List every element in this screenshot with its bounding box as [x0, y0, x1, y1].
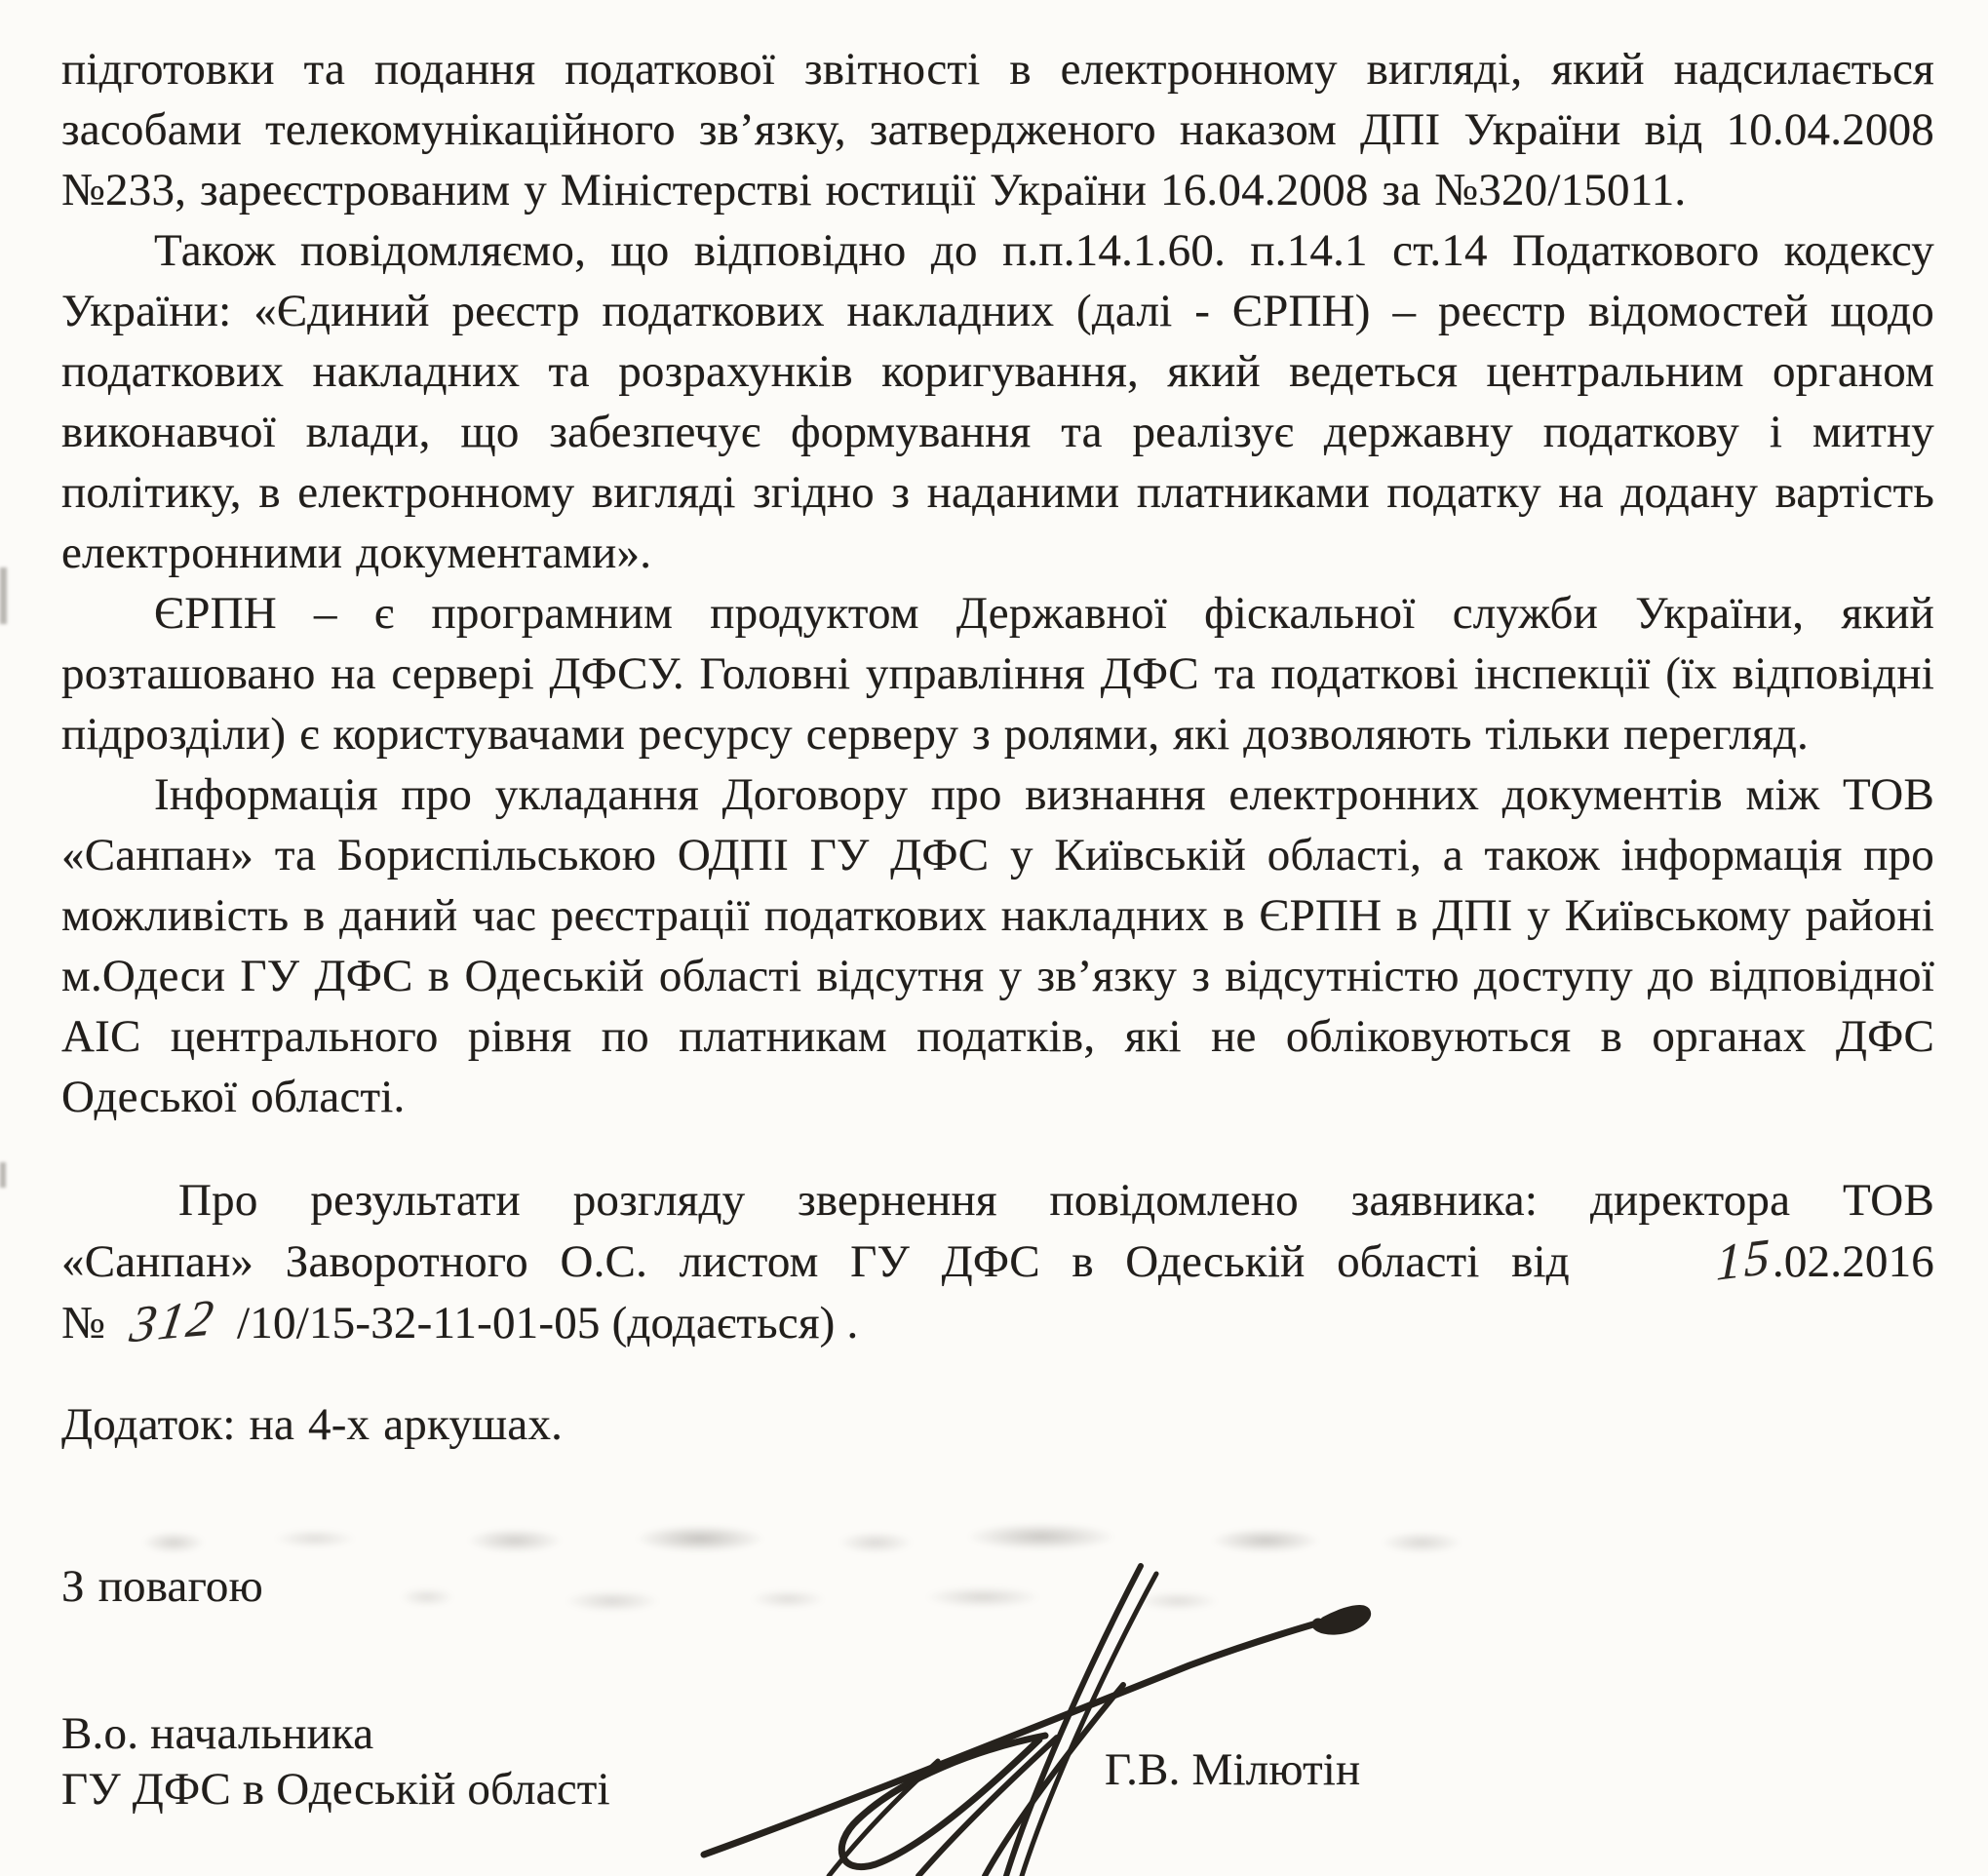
- paragraph-agreement-info: Інформація про укладання Договору про ви…: [61, 764, 1934, 1127]
- scan-edge-artifact: [0, 1162, 6, 1188]
- result-notification-block: Про результати розгляду звернення повідо…: [61, 1170, 1934, 1353]
- scanned-letter-page: підготовки та подання податкової звітнос…: [0, 0, 1988, 1876]
- paragraph-erpn-product: ЄРПН – є програмним продуктом Державної …: [61, 583, 1934, 764]
- result-line-2: «Санпан» Заворотного О.С. листом ГУ ДФС …: [61, 1231, 1934, 1292]
- number-sign: №: [61, 1298, 105, 1348]
- printed-month-year: .02.2016: [1773, 1236, 1934, 1287]
- result-line-3: №312/10/15-32-11-01-05 (додається) .: [61, 1292, 1934, 1353]
- result-line-2-text: «Санпан» Заворотного О.С. листом ГУ ДФС …: [61, 1236, 1570, 1287]
- signer-name: Г.В. Мілютін: [1105, 1743, 1360, 1796]
- attachment-note: Додаток: на 4-х аркушах.: [61, 1394, 1934, 1455]
- handwritten-day: 15: [1716, 1227, 1774, 1295]
- handwritten-letter-number: 312: [126, 1288, 220, 1357]
- paragraph-reporting-order: підготовки та подання податкової звітнос…: [61, 39, 1934, 220]
- result-line-1: Про результати розгляду звернення повідо…: [61, 1170, 1934, 1231]
- handwritten-signature-ink: [682, 1537, 1404, 1876]
- letter-number-suffix: /10/15-32-11-01-05 (додається) .: [237, 1298, 858, 1348]
- scan-edge-artifact: [0, 567, 7, 624]
- paragraph-tax-code-definition: Також повідомляємо, що відповідно до п.п…: [61, 220, 1934, 583]
